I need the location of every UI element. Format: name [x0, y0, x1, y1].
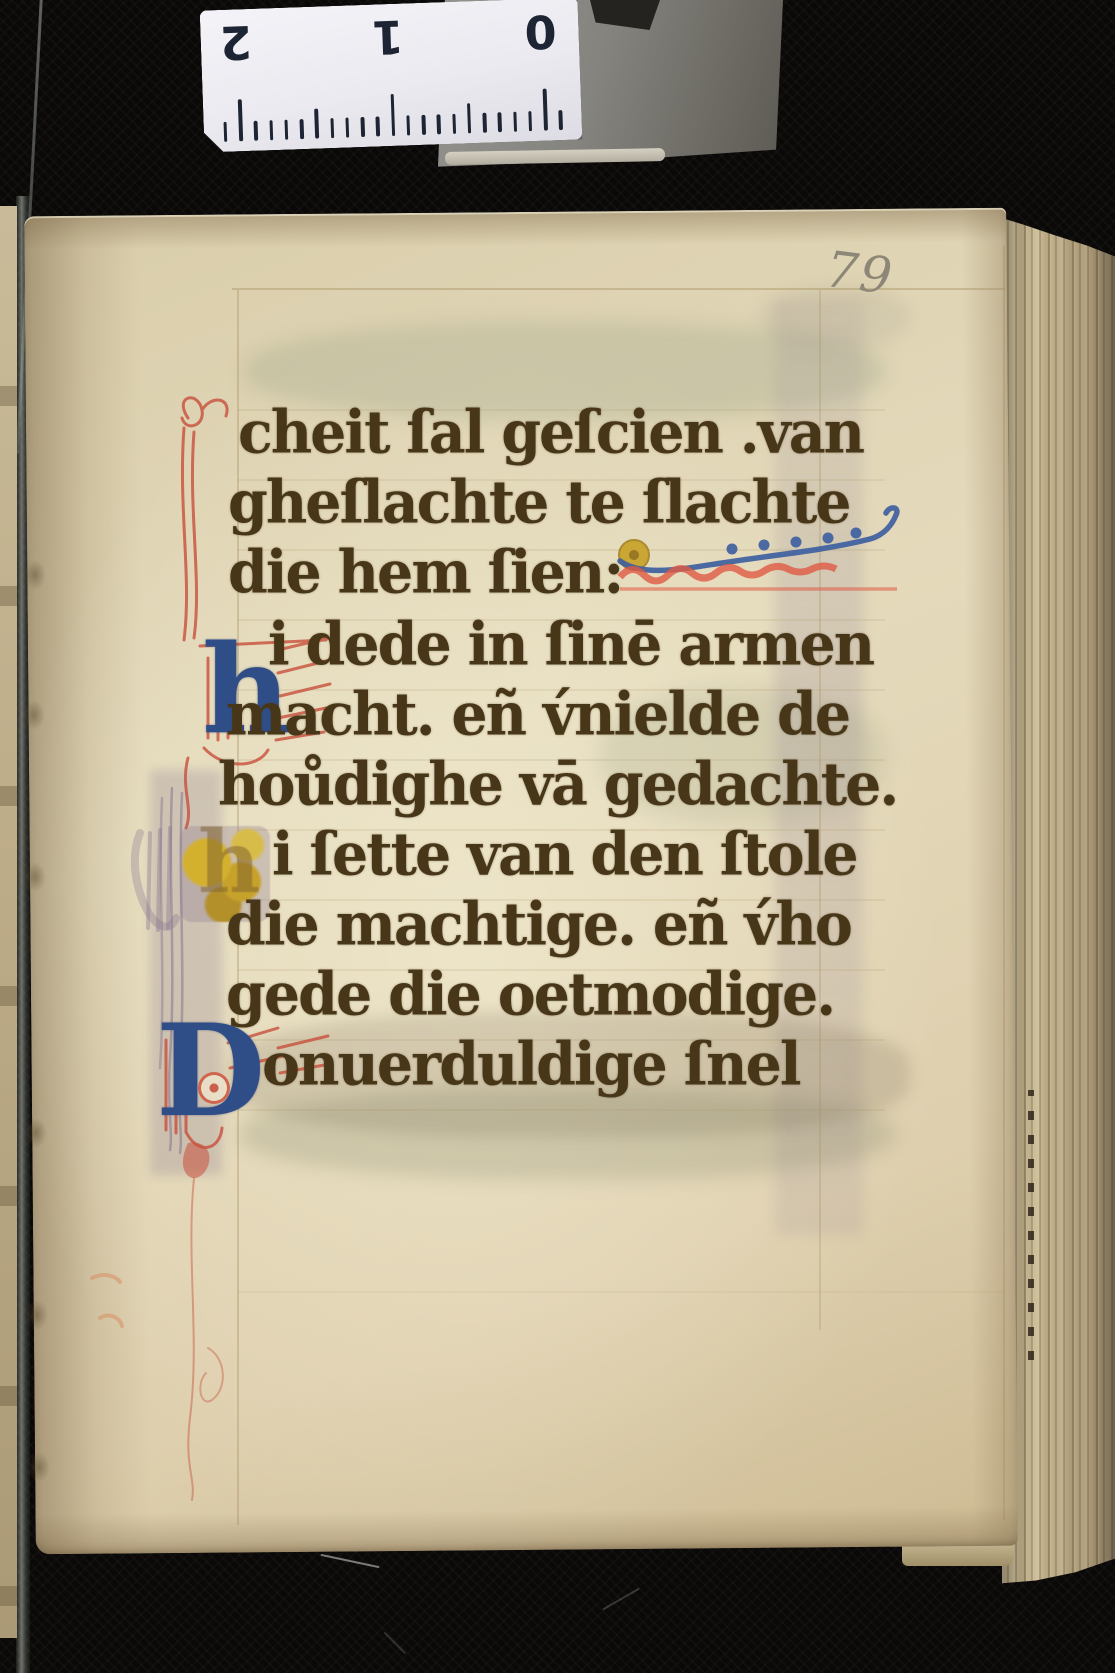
text-line: gede die oetmodige.: [226, 959, 834, 1031]
initial-d-red-swirl: [198, 1072, 230, 1104]
text-line: cheit ſal geſcien .van: [238, 397, 863, 469]
text-line: macht. eñ v́nielde de: [226, 679, 849, 751]
folio-number: 79: [823, 240, 897, 306]
text-line: die machtige. eñ v́ho: [226, 889, 851, 961]
text-line: hoůdighe vā gedachte.: [218, 749, 897, 821]
text-line: die hem ſien:: [228, 537, 622, 609]
manuscript-photo-scene: 2 1 0: [0, 0, 1115, 1673]
text-line: i ſette van den ſtole: [272, 819, 857, 891]
text-line: i dede in ſinē armen: [268, 609, 873, 681]
text-line: gheſlachte te ſlachte: [228, 467, 850, 539]
text-line: onuerduldige ſnel: [262, 1029, 800, 1101]
